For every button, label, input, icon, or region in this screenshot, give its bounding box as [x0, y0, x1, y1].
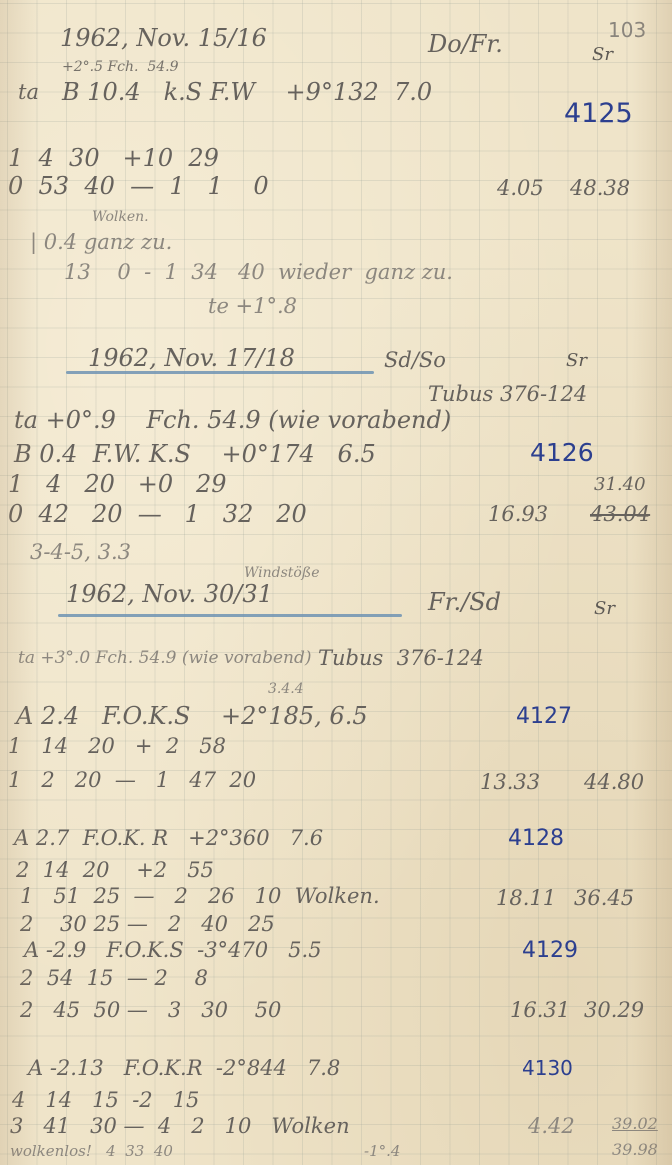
observer-initials: Sr [592, 44, 613, 65]
data-row: 1 14 20 + 2 58 [8, 736, 226, 757]
data-row: 2 30 25 — 2 40 25 [20, 914, 275, 935]
entry-weekday: Fr./Sd [428, 590, 501, 614]
catalog-number: 4128 [508, 828, 564, 850]
data-row: 1 51 25 — 2 26 10 Wolken. [20, 886, 380, 907]
observer-initials: Sr [594, 598, 615, 619]
observation-line: A 2.4 F.O.K.S +2°185, 6.5 [16, 704, 368, 728]
catalog-number: 4125 [564, 100, 633, 127]
temperature-line: ta +3°.0 Fch. 54.9 (wie vorabend) [18, 650, 311, 667]
data-row: 1 4 30 +10 29 [8, 146, 219, 170]
data-row: 2 14 20 +2 55 [16, 860, 214, 881]
entry-date: 1962, Nov. 17/18 [88, 346, 295, 370]
result-a: 13.33 [480, 772, 540, 793]
result-b-corrected: 39.98 [612, 1142, 658, 1158]
catalog-number: 4130 [522, 1058, 573, 1078]
notebook-page: 103 Sr 1962, Nov. 15/16 Do/Fr. +2°.5 Fch… [0, 0, 672, 1165]
note: Wolken. [92, 210, 149, 224]
result-a: 4.42 [528, 1116, 575, 1137]
result-a: 16.93 [488, 504, 548, 525]
catalog-number: 4127 [516, 706, 572, 728]
result-b-corrected: 31.40 [594, 476, 646, 494]
observation-line: B 0.4 F.W. K.S +0°174 6.5 [14, 442, 376, 466]
observation-line: A -2.13 F.O.K.R -2°844 7.8 [28, 1058, 340, 1079]
data-row: 1 4 20 +0 29 [8, 472, 227, 496]
result-b: 44.80 [584, 772, 644, 793]
result-b: 48.38 [570, 178, 630, 199]
note: | 0.4 ganz zu. [30, 232, 172, 253]
data-row: 0 53 40 — 1 1 0 [8, 174, 269, 198]
result-b-struck: 43.04 [590, 504, 650, 525]
observer-initials: Sr [566, 350, 587, 371]
result-a: 4.05 [497, 178, 544, 199]
result-b: 30.29 [584, 1000, 644, 1021]
entry-date: 1962, Nov. 30/31 [66, 582, 273, 606]
catalog-number: 4126 [530, 440, 594, 465]
ta-label: ta [18, 82, 39, 103]
entry-date: 1962, Nov. 15/16 [60, 26, 267, 50]
result-b: 36.45 [574, 888, 634, 909]
note: Windstöße [244, 566, 319, 580]
observation-line: B 10.4 k.S F.W +9°132 7.0 [62, 80, 432, 104]
page-number: 103 [608, 18, 646, 42]
observation-line: A 2.7 F.O.K. R +2°360 7.6 [14, 828, 323, 849]
entry-weekday: Do/Fr. [428, 32, 503, 56]
catalog-number: 4129 [522, 940, 578, 962]
data-row: 3 41 30 — 4 2 10 Wolken [10, 1116, 350, 1137]
result-a: 18.11 [496, 888, 556, 909]
data-row: 4 14 15 -2 15 [12, 1090, 199, 1111]
tube-reference: Tubus 376-124 [428, 384, 587, 405]
date-underline [58, 614, 402, 617]
result-a: 16.31 [510, 1000, 570, 1021]
note: te +1°.8 [208, 296, 297, 317]
tube-reference: Tubus 376-124 [318, 648, 484, 669]
sub-note: 3.4.4 [268, 682, 304, 696]
data-row: 0 42 20 — 1 32 20 [8, 502, 307, 526]
temperature-line: ta +0°.9 Fch. 54.9 (wie vorabend) [14, 408, 451, 432]
entry-weekday: Sd/So [384, 350, 446, 371]
data-row: 2 54 15 — 2 8 [20, 968, 208, 989]
observation-line: A -2.9 F.O.K.S -3°470 5.5 [24, 940, 322, 961]
date-underline [66, 371, 374, 374]
note: 3-4-5, 3.3 [30, 542, 131, 563]
note: 13 0 - 1 34 40 wieder ganz zu. [64, 262, 453, 283]
footer-note: wolkenlos! 4 33 40 [10, 1144, 173, 1159]
result-b-struck: 39.02 [612, 1116, 658, 1132]
data-row: 2 45 50 — 3 30 50 [20, 1000, 281, 1021]
data-row: 1 2 20 — 1 47 20 [8, 770, 256, 791]
temperature-line: +2°.5 Fch. 54.9 [62, 60, 179, 74]
te-note: -1°.4 [364, 1144, 400, 1159]
